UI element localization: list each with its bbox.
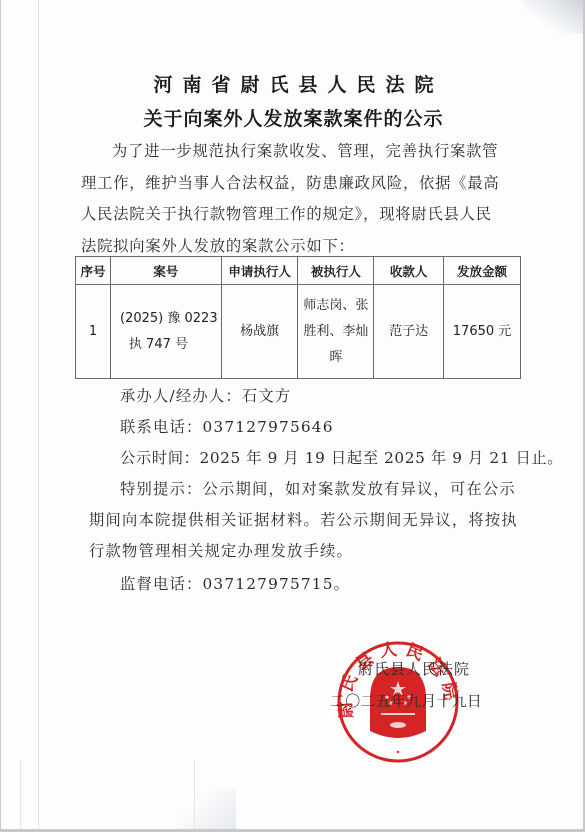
intro-line: 人民法院关于执行款物管理工作的规定》，现将尉氏县人民 — [81, 199, 501, 231]
scan-fold-shadow — [176, 789, 236, 829]
notice-title: 关于向案外人发放案款案件的公示 — [1, 104, 583, 131]
intro-line: 理工作，维护当事人合法权益，防患廉政风险，依据《最高 — [81, 168, 501, 200]
intro-paragraph: 为了进一步规范执行案款收发、管理，完善执行案款管 理工作，维护当事人合法权益，防… — [81, 136, 501, 262]
header-payee: 收款人 — [374, 257, 444, 285]
case-table: 序号 案号 申请执行人 被执行人 收款人 发放金额 1 (2025) 豫 022… — [75, 256, 521, 379]
header-respondent: 被执行人 — [298, 257, 374, 285]
supervision-phone-line: 监督电话：037127975715。 — [120, 572, 350, 594]
notice-period-line: 公示时间：2025 年 9 月 19 日起至 2025 年 9 月 21 日止。 — [120, 446, 563, 468]
document-page: 河南省尉氏县人民法院 关于向案外人发放案款案件的公示 为了进一步规范执行案款收发… — [1, 0, 583, 829]
special-notice-line: 期间向本院提供相关证据材料。若公示期间无异议，将按执 — [89, 508, 518, 530]
court-title: 河南省尉氏县人民法院 — [1, 70, 583, 97]
header-amount: 发放金额 — [444, 257, 521, 285]
signature-date: 二〇二五年九月十九日 — [330, 690, 482, 711]
cell-case-no: (2025) 豫 0223 执 747 号 — [110, 285, 221, 379]
respondent-line: 胜利、李灿 — [298, 319, 373, 345]
header-applicant: 申请执行人 — [221, 257, 298, 285]
scan-artifact — [20, 760, 21, 829]
signature-court: 尉氏县人民法院 — [358, 658, 470, 679]
special-notice-line: 特别提示：公示期间，如对案款发放有异议，可在公示 — [120, 477, 516, 499]
respondent-line: 晖 — [298, 345, 373, 371]
special-notice-line: 行款物管理相关规定办理发放手续。 — [89, 539, 353, 561]
contact-phone-line: 联系电话：037127975646 — [120, 415, 334, 437]
cell-respondent: 师志岗、张 胜利、李灿 晖 — [298, 285, 374, 379]
case-no-line: 执 747 号 — [111, 332, 221, 358]
cell-payee: 范子达 — [374, 285, 444, 379]
header-case-no: 案号 — [110, 257, 221, 285]
table-row: 1 (2025) 豫 0223 执 747 号 杨战旗 师志岗、张 胜利、李灿 … — [76, 285, 521, 379]
respondent-line: 师志岗、张 — [298, 293, 373, 319]
cell-amount: 17650 元 — [444, 285, 521, 379]
intro-line: 为了进一步规范执行案款收发、管理，完善执行案款管 — [81, 136, 501, 168]
cell-applicant: 杨战旗 — [221, 285, 298, 379]
cell-index: 1 — [76, 285, 111, 379]
header-index: 序号 — [76, 257, 111, 285]
handler-line: 承办人/经办人：石文方 — [120, 384, 291, 406]
scan-corner-shadow — [523, 0, 583, 34]
case-no-line: (2025) 豫 0223 — [111, 306, 221, 332]
table-header-row: 序号 案号 申请执行人 被执行人 收款人 发放金额 — [76, 257, 521, 285]
